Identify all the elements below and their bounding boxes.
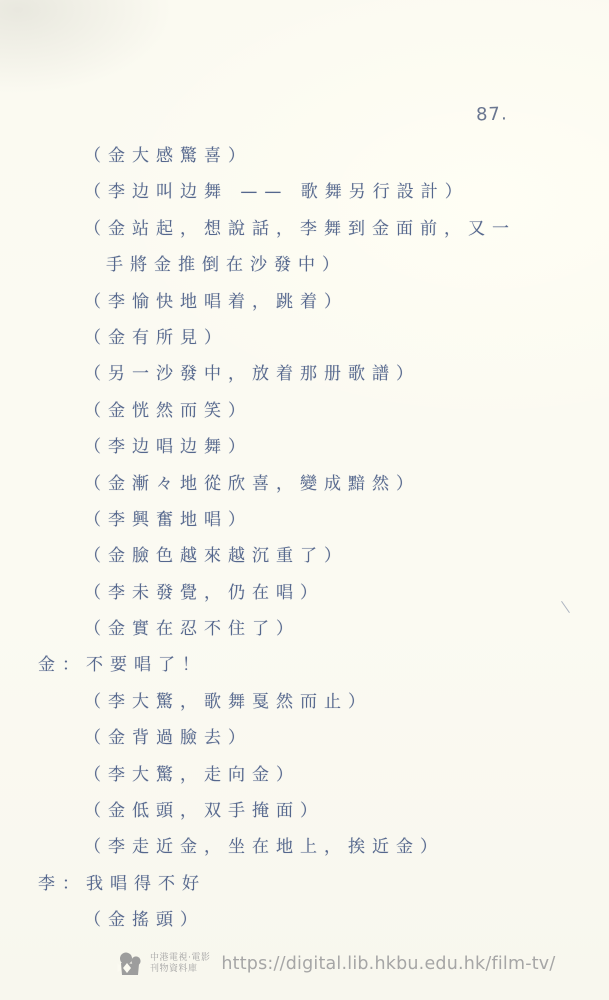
scanned-script-page: 87. （金大感驚喜）（李边叫边舞 —— 歌舞另行設計）（金站起，想說話，李舞到… bbox=[0, 0, 609, 1000]
stage-direction-line: （金搖頭） bbox=[84, 905, 609, 941]
watermark-label: 中港電視·電影 刊物資料庫 bbox=[150, 953, 210, 975]
watermark-url: https://digital.lib.hkbu.edu.hk/film-tv/ bbox=[221, 954, 555, 974]
stage-direction-line: （金實在忍不住了） bbox=[84, 614, 609, 650]
stage-direction-line: （李興奮地唱） bbox=[84, 505, 609, 541]
stage-direction-line: （李走近金，坐在地上，挨近金） bbox=[84, 832, 609, 868]
stage-direction-line: （金臉色越來越沉重了） bbox=[84, 541, 609, 577]
stage-direction-line: （李边叫边舞 —— 歌舞另行設計） bbox=[84, 177, 609, 213]
stage-direction-line: （李大驚，走向金） bbox=[84, 760, 609, 796]
stage-direction-line: （李未發覺，仍在唱） bbox=[84, 578, 609, 614]
script-lines: （金大感驚喜）（李边叫边舞 —— 歌舞另行設計）（金站起，想說話，李舞到金面前，… bbox=[0, 141, 609, 942]
stage-direction-line: （金站起，想說話，李舞到金面前，又一 bbox=[84, 214, 609, 250]
page-number: 87. bbox=[476, 103, 508, 125]
stage-direction-line: （李边唱边舞） bbox=[84, 432, 609, 468]
stage-direction-line: （另一沙發中，放着那册歌譜） bbox=[84, 359, 609, 395]
film-camera-logo-icon bbox=[117, 951, 143, 977]
dialogue-line: 李：我唱得不好 bbox=[38, 869, 609, 905]
stage-direction-line: （金大感驚喜） bbox=[84, 141, 609, 177]
stage-direction-line: （李愉快地唱着，跳着） bbox=[84, 287, 609, 323]
dialogue-line: 金：不要唱了！ bbox=[38, 650, 609, 686]
stage-direction-line: （李大驚，歌舞戛然而止） bbox=[84, 687, 609, 723]
watermark-label-line1: 中港電視·電影 bbox=[150, 953, 210, 963]
stage-direction-line: （金背過臉去） bbox=[84, 723, 609, 759]
stage-direction-line: （金恍然而笑） bbox=[84, 396, 609, 432]
watermark-label-line2: 刊物資料庫 bbox=[150, 964, 198, 974]
stage-direction-line: （金漸々地從欣喜，變成黯然） bbox=[84, 469, 609, 505]
stage-direction-line: （金有所見） bbox=[84, 323, 609, 359]
watermark: 中港電視·電影 刊物資料庫 https://digital.lib.hkbu.e… bbox=[117, 951, 555, 977]
stage-direction-line: （金低頭，双手掩面） bbox=[84, 796, 609, 832]
stage-direction-line: 手將金推倒在沙發中） bbox=[106, 250, 609, 286]
